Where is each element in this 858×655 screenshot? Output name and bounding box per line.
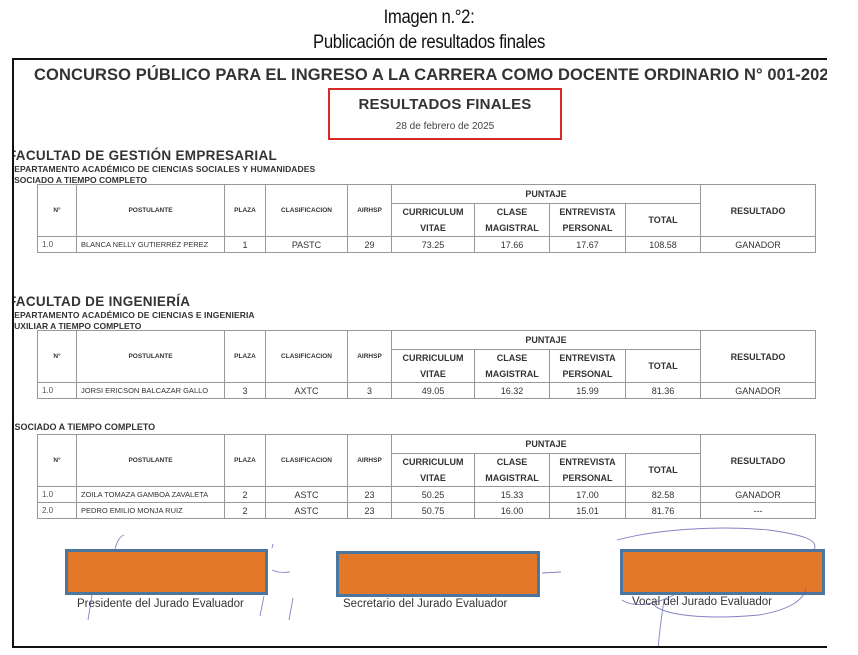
- section-header-ingenieria: FACULTAD DE INGENIERÍA DEPARTAMENTO ACAD…: [12, 294, 255, 331]
- header-entrevista-personal-line2: PERSONAL: [550, 470, 625, 486]
- figure-caption-number: Imagen n.°2:: [51, 7, 806, 29]
- header-curriculum-vitae-line2: VITAE: [392, 366, 474, 382]
- table-header-row: N°POSTULANTEPLAZACLASIFICACIONAIRHSPPUNT…: [38, 435, 816, 454]
- figure-caption-title: Publicación de resultados finales: [51, 32, 806, 54]
- header-entrevista-personal-line1: ENTREVISTA: [550, 454, 625, 470]
- header-clase-magistral: CLASEMAGISTRAL: [475, 204, 550, 237]
- cell-n: 1.0: [38, 383, 77, 399]
- header-airhsp: AIRHSP: [348, 435, 392, 487]
- header-entrevista-personal-line1: ENTREVISTA: [550, 350, 625, 366]
- header-postulante: POSTULANTE: [77, 435, 225, 487]
- cell-entrevista-personal: 17.00: [550, 487, 626, 503]
- header-airhsp: AIRHSP: [348, 331, 392, 383]
- signature-role-label: Vocal del Jurado Evaluador: [632, 596, 772, 608]
- header-n: N°: [38, 435, 77, 487]
- cell-entrevista-personal: 17.67: [550, 237, 626, 253]
- cell-resultado: GANADOR: [701, 237, 816, 253]
- header-curriculum-vitae-line1: CURRICULUM: [392, 350, 474, 366]
- redacted-signature: [336, 551, 540, 597]
- header-clasificacion: CLASIFICACION: [266, 331, 348, 383]
- cell-plaza: 2: [225, 503, 266, 519]
- results-table-ingenieria-auxiliar: N°POSTULANTEPLAZACLASIFICACIONAIRHSPPUNT…: [37, 330, 816, 399]
- header-postulante: POSTULANTE: [77, 331, 225, 383]
- header-curriculum-vitae-line2: VITAE: [392, 470, 474, 486]
- header-clase-magistral: CLASEMAGISTRAL: [475, 454, 550, 487]
- department-name: DEPARTAMENTO ACADÉMICO DE CIENCIAS SOCIA…: [12, 164, 315, 174]
- results-heading: RESULTADOS FINALES: [330, 96, 560, 113]
- cell-resultado: GANADOR: [701, 487, 816, 503]
- header-total: TOTAL: [626, 350, 701, 383]
- header-puntaje: PUNTAJE: [392, 185, 701, 204]
- signature-role-label: Presidente del Jurado Evaluador: [77, 598, 244, 610]
- document-title: CONCURSO PÚBLICO PARA EL INGRESO A LA CA…: [34, 66, 827, 85]
- header-entrevista-personal: ENTREVISTAPERSONAL: [550, 204, 626, 237]
- cell-clase-magistral: 17.66: [475, 237, 550, 253]
- header-curriculum-vitae: CURRICULUMVITAE: [392, 204, 475, 237]
- header-curriculum-vitae: CURRICULUMVITAE: [392, 454, 475, 487]
- cell-clase-magistral: 16.32: [475, 383, 550, 399]
- header-entrevista-personal-line2: PERSONAL: [550, 366, 625, 382]
- header-clase-magistral-line2: MAGISTRAL: [475, 220, 549, 236]
- table-row: 2.0PEDRO EMILIO MONJA RUIZ2ASTC2350.7516…: [38, 503, 816, 519]
- header-n: N°: [38, 185, 77, 237]
- results-table-ingenieria-asociado: N°POSTULANTEPLAZACLASIFICACIONAIRHSPPUNT…: [37, 434, 816, 519]
- cell-clasificacion: ASTC: [266, 487, 348, 503]
- header-entrevista-personal: ENTREVISTAPERSONAL: [550, 350, 626, 383]
- table-header-row: N°POSTULANTEPLAZACLASIFICACIONAIRHSPPUNT…: [38, 331, 816, 350]
- cell-postulante: ZOILA TOMAZA GAMBOA ZAVALETA: [77, 487, 225, 503]
- cell-n: 1.0: [38, 237, 77, 253]
- header-clase-magistral-line2: MAGISTRAL: [475, 470, 549, 486]
- header-n: N°: [38, 331, 77, 383]
- document-frame: CONCURSO PÚBLICO PARA EL INGRESO A LA CA…: [12, 58, 827, 648]
- header-plaza: PLAZA: [225, 435, 266, 487]
- highlight-box: RESULTADOS FINALES 28 de febrero de 2025: [328, 88, 562, 140]
- cell-postulante: JORSI ERICSON BALCAZAR GALLO: [77, 383, 225, 399]
- cell-entrevista-personal: 15.99: [550, 383, 626, 399]
- header-clase-magistral-line1: CLASE: [475, 204, 549, 220]
- cell-entrevista-personal: 15.01: [550, 503, 626, 519]
- redacted-signature: [65, 549, 268, 595]
- header-clasificacion: CLASIFICACION: [266, 185, 348, 237]
- header-entrevista-personal-line1: ENTREVISTA: [550, 204, 625, 220]
- cell-curriculum-vitae: 49.05: [392, 383, 475, 399]
- cell-clasificacion: ASTC: [266, 503, 348, 519]
- faculty-name: FACULTAD DE GESTIÓN EMPRESARIAL: [12, 148, 315, 163]
- cell-airhsp: 3: [348, 383, 392, 399]
- header-puntaje: PUNTAJE: [392, 435, 701, 454]
- header-airhsp: AIRHSP: [348, 185, 392, 237]
- header-clase-magistral-line1: CLASE: [475, 350, 549, 366]
- table-row: 1.0ZOILA TOMAZA GAMBOA ZAVALETA2ASTC2350…: [38, 487, 816, 503]
- section-header-gestion: FACULTAD DE GESTIÓN EMPRESARIAL DEPARTAM…: [12, 148, 315, 185]
- cell-resultado: GANADOR: [701, 383, 816, 399]
- signature-role-label: Secretario del Jurado Evaluador: [343, 598, 507, 610]
- cell-total: 82.58: [626, 487, 701, 503]
- header-total: TOTAL: [626, 454, 701, 487]
- header-clase-magistral-line1: CLASE: [475, 454, 549, 470]
- cell-resultado: ---: [701, 503, 816, 519]
- header-curriculum-vitae-line2: VITAE: [392, 220, 474, 236]
- faculty-name: FACULTAD DE INGENIERÍA: [12, 294, 255, 309]
- cell-clase-magistral: 16.00: [475, 503, 550, 519]
- results-table-gestion: N°POSTULANTEPLAZACLASIFICACIONAIRHSPPUNT…: [37, 184, 816, 253]
- cell-n: 1.0: [38, 487, 77, 503]
- table-header-row: N°POSTULANTEPLAZACLASIFICACIONAIRHSPPUNT…: [38, 185, 816, 204]
- cell-plaza: 2: [225, 487, 266, 503]
- header-entrevista-personal: ENTREVISTAPERSONAL: [550, 454, 626, 487]
- cell-plaza: 3: [225, 383, 266, 399]
- cell-total: 81.76: [626, 503, 701, 519]
- category-name: ASOCIADO A TIEMPO COMPLETO: [12, 422, 155, 432]
- cell-airhsp: 23: [348, 503, 392, 519]
- header-clase-magistral-line2: MAGISTRAL: [475, 366, 549, 382]
- cell-curriculum-vitae: 50.75: [392, 503, 475, 519]
- cell-postulante: PEDRO EMILIO MONJA RUIZ: [77, 503, 225, 519]
- cell-n: 2.0: [38, 503, 77, 519]
- cell-clasificacion: AXTC: [266, 383, 348, 399]
- header-curriculum-vitae-line1: CURRICULUM: [392, 204, 474, 220]
- header-postulante: POSTULANTE: [77, 185, 225, 237]
- header-clase-magistral: CLASEMAGISTRAL: [475, 350, 550, 383]
- cell-curriculum-vitae: 50.25: [392, 487, 475, 503]
- cell-airhsp: 29: [348, 237, 392, 253]
- header-curriculum-vitae: CURRICULUMVITAE: [392, 350, 475, 383]
- redacted-signature: [620, 549, 825, 595]
- cell-plaza: 1: [225, 237, 266, 253]
- header-resultado: RESULTADO: [701, 185, 816, 237]
- table-row: 1.0BLANCA NELLY GUTIERREZ PEREZ1PASTC297…: [38, 237, 816, 253]
- header-curriculum-vitae-line1: CURRICULUM: [392, 454, 474, 470]
- department-name: DEPARTAMENTO ACADÉMICO DE CIENCIAS E ING…: [12, 310, 255, 320]
- cell-total: 108.58: [626, 237, 701, 253]
- header-plaza: PLAZA: [225, 331, 266, 383]
- cell-airhsp: 23: [348, 487, 392, 503]
- header-total: TOTAL: [626, 204, 701, 237]
- header-resultado: RESULTADO: [701, 435, 816, 487]
- cell-postulante: BLANCA NELLY GUTIERREZ PEREZ: [77, 237, 225, 253]
- cell-curriculum-vitae: 73.25: [392, 237, 475, 253]
- table-row: 1.0JORSI ERICSON BALCAZAR GALLO3AXTC349.…: [38, 383, 816, 399]
- cell-total: 81.36: [626, 383, 701, 399]
- header-clasificacion: CLASIFICACION: [266, 435, 348, 487]
- header-puntaje: PUNTAJE: [392, 331, 701, 350]
- header-resultado: RESULTADO: [701, 331, 816, 383]
- cell-clasificacion: PASTC: [266, 237, 348, 253]
- header-plaza: PLAZA: [225, 185, 266, 237]
- results-date: 28 de febrero de 2025: [330, 121, 560, 132]
- cell-clase-magistral: 15.33: [475, 487, 550, 503]
- header-entrevista-personal-line2: PERSONAL: [550, 220, 625, 236]
